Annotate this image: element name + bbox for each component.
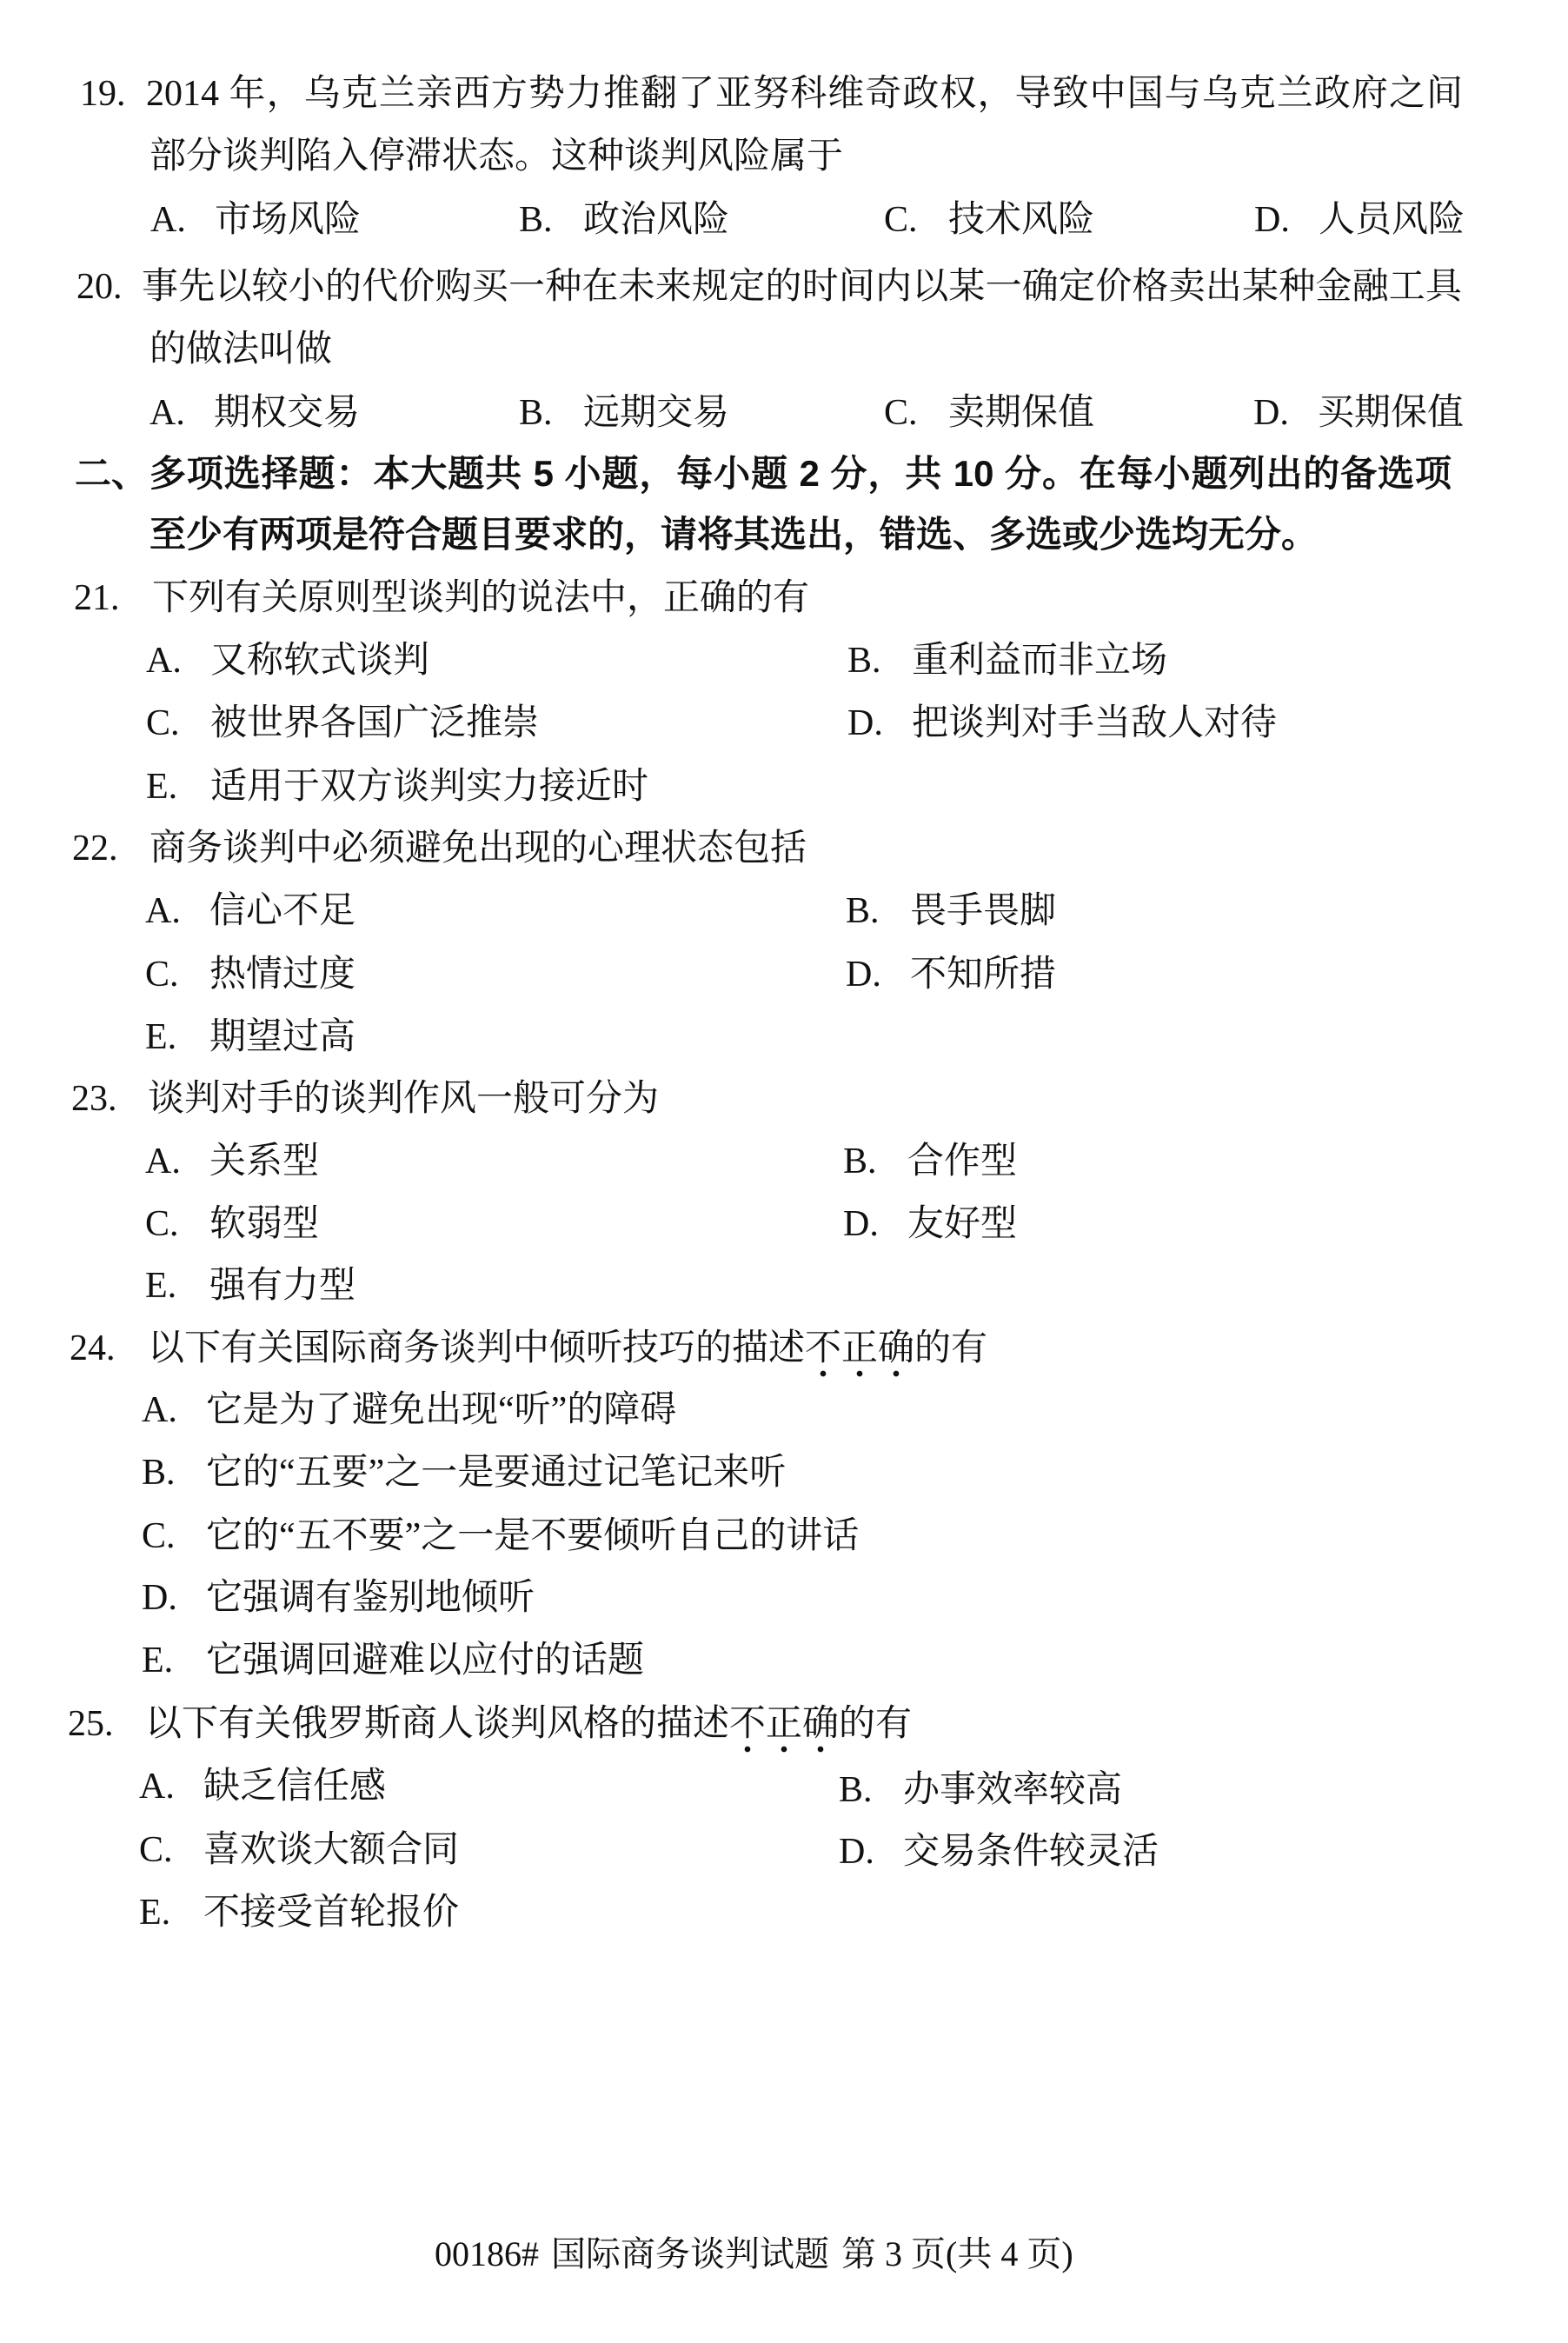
option-b: B.重利益而非立场 — [847, 639, 1167, 682]
option-label: B. — [839, 1768, 903, 1812]
option-label: B. — [847, 639, 912, 682]
option-label: D. — [847, 702, 912, 745]
option-c: C.被世界各国广泛推崇 — [146, 702, 539, 745]
option-b: B.它的“五要”之一是要通过记笔记来听 — [142, 1451, 786, 1494]
option-b: B.合作型 — [843, 1140, 1017, 1183]
option-text: 软弱型 — [209, 1204, 319, 1244]
question-stem: 谈判对手的谈判作风一般可分为 — [148, 1077, 659, 1121]
option-text: 关系型 — [209, 1142, 319, 1181]
question-stem: 以下有关国际商务谈判中倾听技巧的描述不正确的有 — [148, 1327, 987, 1370]
option-label: A. — [146, 639, 210, 682]
section-instructions-line: 多项选择题：本大题共 5 小题，每小题 2 分，共 10 分。在每小题列出的备选… — [149, 452, 1452, 496]
option-label: A. — [150, 198, 215, 242]
option-text: 畏手畏脚 — [910, 891, 1056, 931]
stem-text: 以下有关俄罗斯商人谈判风格的描述 — [145, 1704, 729, 1744]
option-c: C.软弱型 — [145, 1202, 319, 1246]
option-text: 合作型 — [907, 1142, 1017, 1181]
question-stem: 下列有关原则型谈判的说法中，正确的有 — [152, 576, 809, 620]
option-text: 它强调回避难以应付的话题 — [206, 1641, 644, 1681]
option-label: B. — [142, 1451, 206, 1494]
option-e: E.它强调回避难以应付的话题 — [142, 1639, 644, 1682]
exam-title: 国际商务谈判试题 — [551, 2234, 829, 2273]
option-label: B. — [843, 1140, 907, 1183]
question-number: 21. — [74, 576, 120, 620]
option-label: D. — [846, 953, 910, 996]
question-stem-line: 2014 年，乌克兰亲西方势力推翻了亚努科维奇政权，导致中国与乌克兰政府之间的 — [146, 72, 1463, 116]
option-label: E. — [146, 765, 210, 809]
question-number: 19. — [80, 72, 126, 116]
option-text: 它的“五要”之一是要通过记笔记来听 — [206, 1453, 786, 1493]
option-text: 技术风险 — [948, 200, 1094, 240]
option-label: E. — [145, 1015, 209, 1059]
option-a: A.信心不足 — [145, 889, 355, 933]
option-label: C. — [145, 1202, 209, 1246]
question-number: 23. — [71, 1077, 117, 1121]
section-instructions-line: 至少有两项是符合题目要求的，请将其选出，错选、多选或少选均无分。 — [149, 513, 1318, 556]
option-text: 办事效率较高 — [903, 1770, 1122, 1810]
option-label: A. — [142, 1388, 206, 1432]
option-text: 适用于双方谈判实力接近时 — [210, 767, 648, 807]
option-label: A. — [145, 889, 209, 933]
option-text: 喜欢谈大额合同 — [203, 1830, 459, 1870]
question-stem-line: 的做法叫做 — [149, 328, 332, 371]
option-text: 期权交易 — [214, 393, 360, 433]
option-b: B.畏手畏脚 — [846, 889, 1056, 933]
option-text: 缺乏信任感 — [203, 1767, 386, 1807]
option-e: E.强有力型 — [145, 1264, 355, 1308]
option-label: C. — [142, 1514, 206, 1558]
option-label: D. — [1254, 198, 1319, 242]
option-text: 又称软式谈判 — [210, 641, 429, 681]
option-label: C. — [884, 198, 948, 242]
question-stem-line: 部分谈判陷入停滞状态。这种谈判风险属于 — [149, 135, 843, 178]
option-text: 把谈判对手当敌人对待 — [912, 703, 1277, 743]
option-text: 友好型 — [907, 1204, 1017, 1244]
option-c: C.卖期保值 — [884, 391, 1094, 435]
option-d: D.它强调有鉴别地倾听 — [142, 1576, 535, 1620]
option-text: 人员风险 — [1319, 200, 1465, 240]
option-label: C. — [884, 391, 948, 435]
option-label: E. — [142, 1639, 206, 1682]
option-label: C. — [145, 953, 209, 996]
question-stem-line: 事先以较小的代价购买一种在未来规定的时间内以某一确定价格卖出某种金融工具 — [142, 265, 1462, 309]
question-number: 20. — [76, 265, 123, 309]
stem-text: 以下有关国际商务谈判中倾听技巧的描述 — [148, 1328, 805, 1368]
option-d: D.买期保值 — [1253, 391, 1464, 435]
option-d: D.交易条件较灵活 — [839, 1830, 1159, 1874]
option-d: D.友好型 — [843, 1202, 1017, 1246]
option-text: 信心不足 — [209, 891, 355, 931]
page-footer: 00186#国际商务谈判试题第 3 页(共 4 页) — [435, 2233, 1073, 2275]
option-label: D. — [843, 1202, 907, 1246]
stem-text: 的有 — [839, 1704, 912, 1744]
option-d: D.人员风险 — [1254, 198, 1465, 242]
option-a: A.期权交易 — [149, 391, 360, 435]
option-text: 远期交易 — [583, 393, 729, 433]
option-text: 卖期保值 — [948, 393, 1094, 433]
option-label: B. — [519, 198, 583, 242]
option-e: E.不接受首轮报价 — [139, 1891, 459, 1934]
option-e: E.适用于双方谈判实力接近时 — [146, 765, 648, 809]
option-c: C.它的“五不要”之一是不要倾听自己的讲话 — [142, 1514, 859, 1558]
option-text: 交易条件较灵活 — [903, 1832, 1159, 1872]
option-text: 强有力型 — [209, 1266, 355, 1306]
option-text: 热情过度 — [209, 955, 355, 995]
option-text: 买期保值 — [1318, 393, 1464, 433]
option-c: C.技术风险 — [884, 198, 1094, 242]
option-c: C.喜欢谈大额合同 — [139, 1828, 459, 1872]
emphasized-text: 不正确 — [805, 1327, 914, 1370]
option-label: B. — [519, 391, 583, 435]
option-label: D. — [839, 1830, 903, 1874]
option-label: A. — [145, 1140, 209, 1183]
page-number: 第 3 页(共 4 页) — [841, 2234, 1073, 2273]
option-a: A.缺乏信任感 — [139, 1765, 386, 1808]
option-e: E.期望过高 — [145, 1015, 355, 1059]
option-d: D.不知所措 — [846, 953, 1056, 996]
option-b: B.远期交易 — [519, 391, 729, 435]
option-label: C. — [139, 1828, 203, 1872]
option-text: 它强调有鉴别地倾听 — [206, 1578, 535, 1618]
question-stem: 以下有关俄罗斯商人谈判风格的描述不正确的有 — [145, 1702, 912, 1746]
option-a: A.又称软式谈判 — [146, 639, 429, 682]
option-label: B. — [846, 889, 910, 933]
option-text: 不接受首轮报价 — [203, 1893, 459, 1933]
option-label: C. — [146, 702, 210, 745]
option-label: A. — [139, 1765, 203, 1808]
option-a: A.它是为了避免出现“听”的障碍 — [142, 1388, 676, 1432]
question-stem: 商务谈判中必须避免出现的心理状态包括 — [149, 827, 807, 870]
option-label: E. — [145, 1264, 209, 1308]
option-label: E. — [139, 1891, 203, 1934]
option-text: 期望过高 — [209, 1017, 355, 1057]
question-number: 24. — [70, 1327, 116, 1370]
option-text: 市场风险 — [215, 200, 361, 240]
option-b: B.政治风险 — [519, 198, 729, 242]
option-b: B.办事效率较高 — [839, 1768, 1122, 1812]
option-label: A. — [149, 391, 214, 435]
option-a: A.关系型 — [145, 1140, 319, 1183]
question-number: 22. — [72, 827, 118, 870]
emphasized-text: 不正确 — [729, 1702, 839, 1746]
option-text: 重利益而非立场 — [912, 641, 1167, 681]
stem-text: 的有 — [914, 1328, 987, 1368]
option-text: 它是为了避免出现“听”的障碍 — [206, 1390, 676, 1430]
question-number: 25. — [68, 1702, 114, 1746]
option-label: D. — [142, 1576, 206, 1620]
option-a: A.市场风险 — [150, 198, 361, 242]
option-d: D.把谈判对手当敌人对待 — [847, 702, 1277, 745]
exam-code: 00186# — [435, 2234, 539, 2273]
option-text: 不知所措 — [910, 955, 1056, 995]
option-text: 政治风险 — [583, 200, 729, 240]
option-text: 它的“五不要”之一是不要倾听自己的讲话 — [206, 1516, 859, 1556]
section-number: 二、 — [75, 452, 148, 496]
option-text: 被世界各国广泛推崇 — [210, 703, 539, 743]
option-label: D. — [1253, 391, 1318, 435]
option-c: C.热情过度 — [145, 953, 355, 996]
